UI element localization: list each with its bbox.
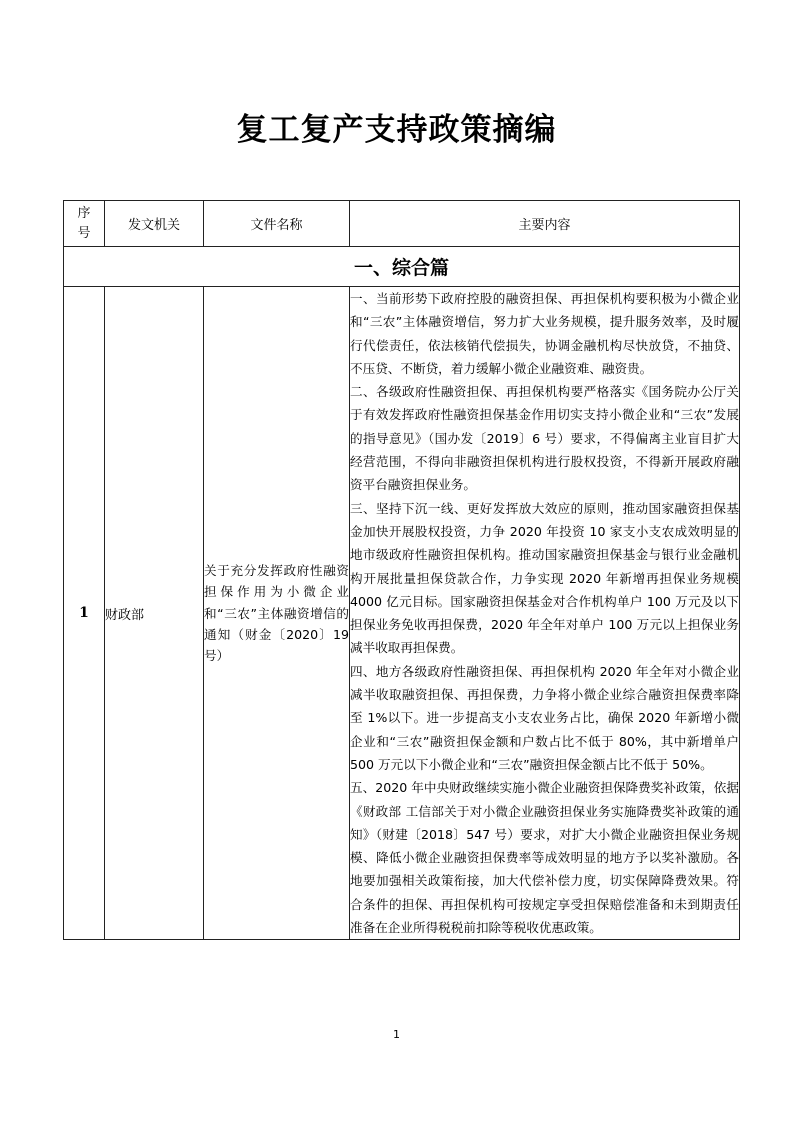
content-paragraph-4: 四、地方各级政府性融资担保、再担保机构 2020 年全年对小微企业减半收取融资担…: [350, 660, 739, 776]
header-doc-name: 文件名称: [204, 201, 350, 247]
table-row: 1 财政部 关于充分发挥政府性融资担保作用为小微企业和“三农”主体融资增信的通知…: [64, 287, 740, 940]
policy-table: 序号 发文机关 文件名称 主要内容 一、综合篇 1 财政部 关于充分发挥政府性融…: [63, 200, 740, 940]
content-paragraph-3: 三、坚持下沉一线、更好发挥放大效应的原则，推动国家融资担保基金加快开展股权投资，…: [350, 497, 739, 660]
row-content: 一、当前形势下政府控股的融资担保、再担保机构要积极为小微企业和“三农”主体融资增…: [350, 287, 740, 940]
section-row: 一、综合篇: [64, 247, 740, 287]
row-seq: 1: [64, 287, 105, 940]
header-content: 主要内容: [350, 201, 740, 247]
header-seq-label: 序号: [77, 204, 91, 244]
content-paragraph-1: 一、当前形势下政府控股的融资担保、再担保机构要积极为小微企业和“三农”主体融资增…: [350, 287, 739, 380]
table-header-row: 序号 发文机关 文件名称 主要内容: [64, 201, 740, 247]
document-title: 复工复产支持政策摘编: [0, 104, 793, 149]
row-issuer: 财政部: [105, 287, 204, 940]
content-paragraph-2: 二、各级政府性融资担保、再担保机构要严格落实《国务院办公厅关于有效发挥政府性融资…: [350, 380, 739, 496]
header-seq: 序号: [64, 201, 105, 247]
header-issuer: 发文机关: [105, 201, 204, 247]
row-doc-name: 关于充分发挥政府性融资担保作用为小微企业和“三农”主体融资增信的通知（财金〔20…: [204, 287, 350, 940]
content-paragraph-5: 五、2020 年中央财政继续实施小微企业融资担保降费奖补政策，依据《财政部 工信…: [350, 776, 739, 939]
section-title: 一、综合篇: [64, 247, 740, 287]
page-number: 1: [0, 1028, 793, 1041]
